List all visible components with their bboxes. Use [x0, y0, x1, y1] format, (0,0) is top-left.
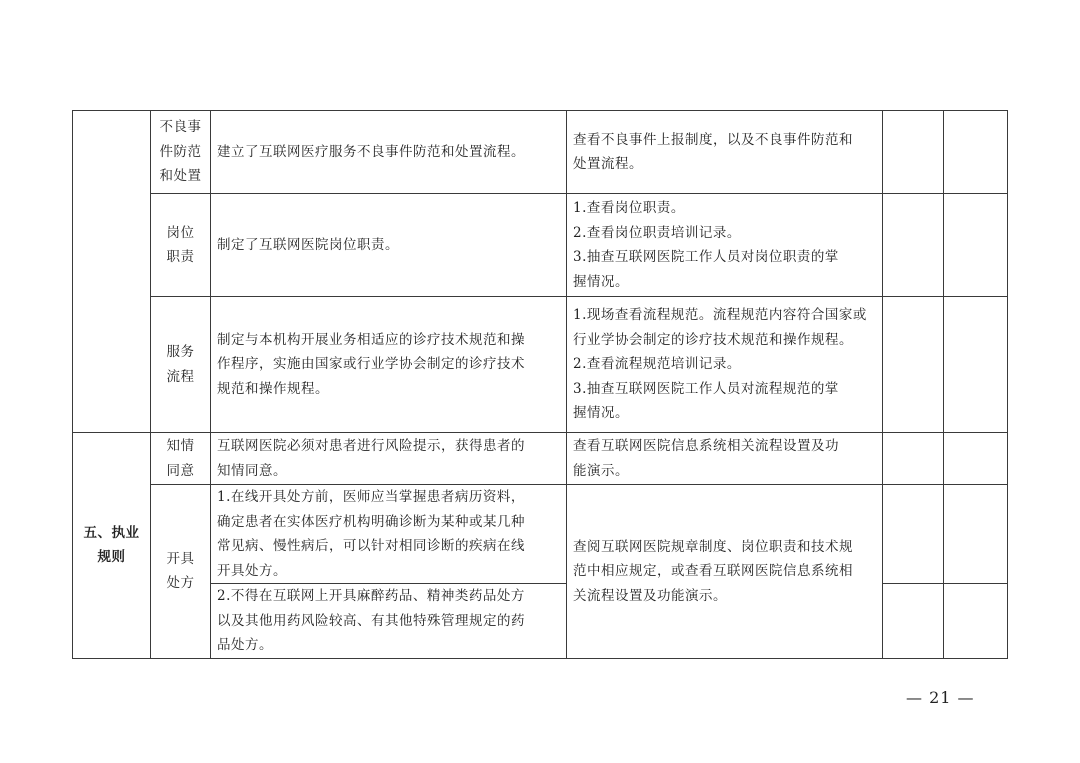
method-cell: 查阅互联网医院规章制度、岗位职责和技术规 范中相应规定，或查看互联网医院信息系统… [567, 485, 883, 659]
score-cell [883, 194, 944, 297]
subcategory-cell: 开具 处方 [151, 485, 211, 659]
remark-cell [944, 194, 1008, 297]
table-row: 岗位 职责 制定了互联网医院岗位职责。 1.查看岗位职责。 2.查看岗位职责培训… [73, 194, 1008, 297]
evaluation-table: 不良事 件防范 和处置 建立了互联网医疗服务不良事件防范和处置流程。 查看不良事… [72, 110, 1008, 659]
category-text: 规则 [77, 545, 146, 570]
standard-text: 确定患者在实体医疗机构明确诊断为某种或某几种 [217, 510, 560, 535]
method-text: 握情况。 [573, 270, 876, 295]
subcategory-text: 件防范 [153, 140, 208, 165]
subcategory-cell: 岗位 职责 [151, 194, 211, 297]
method-text: 2.查看岗位职责培训记录。 [573, 221, 876, 246]
subcategory-text: 岗位 [153, 221, 208, 246]
method-cell: 1.查看岗位职责。 2.查看岗位职责培训记录。 3.抽查互联网医院工作人员对岗位… [567, 194, 883, 297]
standard-cell: 制定与本机构开展业务相适应的诊疗技术规范和操 作程序，实施由国家或行业学协会制定… [211, 297, 567, 433]
method-text: 3.抽查互联网医院工作人员对流程规范的掌 [573, 377, 876, 402]
subcategory-text: 处方 [153, 571, 208, 596]
method-text: 查阅互联网医院规章制度、岗位职责和技术规 [573, 535, 876, 560]
standard-text: 规范和操作规程。 [217, 377, 560, 402]
standard-text: 制定了互联网医院岗位职责。 [217, 233, 560, 258]
standard-text: 作程序，实施由国家或行业学协会制定的诊疗技术 [217, 352, 560, 377]
remark-cell [944, 111, 1008, 194]
table-row: 不良事 件防范 和处置 建立了互联网医疗服务不良事件防范和处置流程。 查看不良事… [73, 111, 1008, 194]
method-text: 行业学协会制定的诊疗技术规范和操作规程。 [573, 328, 876, 353]
standard-text: 2.不得在互联网上开具麻醉药品、精神类药品处方 [217, 584, 560, 609]
standard-cell: 1.在线开具处方前，医师应当掌握患者病历资料， 确定患者在实体医疗机构明确诊断为… [211, 485, 567, 584]
remark-cell [944, 584, 1008, 659]
score-cell [883, 433, 944, 485]
standard-cell: 2.不得在互联网上开具麻醉药品、精神类药品处方 以及其他用药风险较高、有其他特殊… [211, 584, 567, 659]
subcategory-text: 职责 [153, 245, 208, 270]
score-cell [883, 111, 944, 194]
method-text: 3.抽查互联网医院工作人员对岗位职责的掌 [573, 245, 876, 270]
subcategory-text: 不良事 [153, 115, 208, 140]
method-cell: 查看不良事件上报制度，以及不良事件防范和 处置流程。 [567, 111, 883, 194]
subcategory-cell: 不良事 件防范 和处置 [151, 111, 211, 194]
standard-text: 开具处方。 [217, 559, 560, 584]
standard-text: 以及其他用药风险较高、有其他特殊管理规定的药 [217, 609, 560, 634]
subcategory-text: 开具 [153, 547, 208, 572]
standard-text: 1.在线开具处方前，医师应当掌握患者病历资料， [217, 485, 560, 510]
subcategory-text: 流程 [153, 365, 208, 390]
subcategory-cell: 服务 流程 [151, 297, 211, 433]
method-cell: 查看互联网医院信息系统相关流程设置及功 能演示。 [567, 433, 883, 485]
remark-cell [944, 485, 1008, 584]
remark-cell [944, 433, 1008, 485]
subcategory-text: 服务 [153, 340, 208, 365]
method-text: 1.现场查看流程规范。流程规范内容符合国家或 [573, 303, 876, 328]
subcategory-text: 知情 [153, 434, 208, 459]
standard-text: 知情同意。 [217, 459, 560, 484]
table-row: 服务 流程 制定与本机构开展业务相适应的诊疗技术规范和操 作程序，实施由国家或行… [73, 297, 1008, 433]
page-number: — 21 — [906, 688, 975, 707]
method-text: 2.查看流程规范培训记录。 [573, 352, 876, 377]
standard-cell: 互联网医院必须对患者进行风险提示，获得患者的 知情同意。 [211, 433, 567, 485]
method-text: 1.查看岗位职责。 [573, 196, 876, 221]
standard-text: 互联网医院必须对患者进行风险提示，获得患者的 [217, 434, 560, 459]
score-cell [883, 297, 944, 433]
category-cell-empty [73, 111, 151, 433]
standard-text: 制定与本机构开展业务相适应的诊疗技术规范和操 [217, 328, 560, 353]
method-text: 能演示。 [573, 459, 876, 484]
table-row: 五、执业 规则 知情 同意 互联网医院必须对患者进行风险提示，获得患者的 知情同… [73, 433, 1008, 485]
subcategory-cell: 知情 同意 [151, 433, 211, 485]
score-cell [883, 584, 944, 659]
category-text: 五、执业 [77, 521, 146, 546]
method-text: 处置流程。 [573, 152, 876, 177]
standard-text: 常见病、慢性病后，可以针对相同诊断的疾病在线 [217, 534, 560, 559]
standard-text: 建立了互联网医疗服务不良事件防范和处置流程。 [217, 140, 560, 165]
method-text: 查看不良事件上报制度，以及不良事件防范和 [573, 128, 876, 153]
score-cell [883, 485, 944, 584]
subcategory-text: 和处置 [153, 164, 208, 189]
method-text: 关流程设置及功能演示。 [573, 584, 876, 609]
method-text: 范中相应规定，或查看互联网医院信息系统相 [573, 559, 876, 584]
subcategory-text: 同意 [153, 459, 208, 484]
remark-cell [944, 297, 1008, 433]
standard-cell: 建立了互联网医疗服务不良事件防范和处置流程。 [211, 111, 567, 194]
method-text: 查看互联网医院信息系统相关流程设置及功 [573, 434, 876, 459]
method-text: 握情况。 [573, 401, 876, 426]
standard-text: 品处方。 [217, 633, 560, 658]
standard-cell: 制定了互联网医院岗位职责。 [211, 194, 567, 297]
table-row: 开具 处方 1.在线开具处方前，医师应当掌握患者病历资料， 确定患者在实体医疗机… [73, 485, 1008, 584]
category-cell: 五、执业 规则 [73, 433, 151, 659]
method-cell: 1.现场查看流程规范。流程规范内容符合国家或 行业学协会制定的诊疗技术规范和操作… [567, 297, 883, 433]
